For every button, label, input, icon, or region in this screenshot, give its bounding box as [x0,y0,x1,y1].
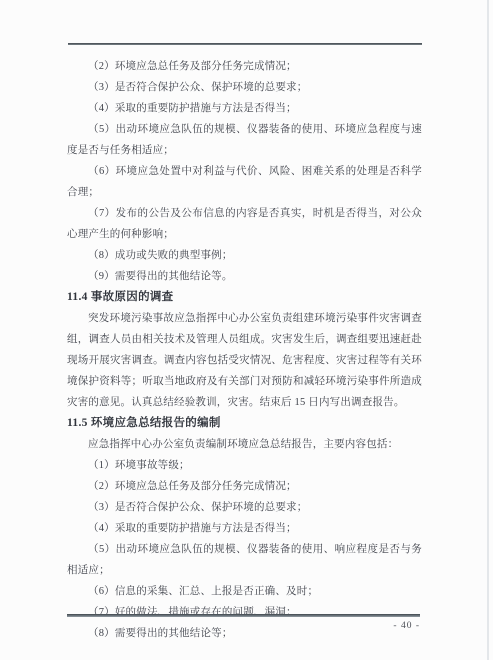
page-number: - 40 - [67,620,420,632]
list-item: （6）环境应急处置中对利益与代价、风险、困难关系的处理是否科学合理； [67,161,422,203]
list-item: （2）环境应急总任务及部分任务完成情况； [67,476,422,497]
document-body: （2）环境应急总任务及部分任务完成情况； （3）是否符合保护公众、保护环境的总要… [67,56,422,644]
list-item: （6）信息的采集、汇总、上报是否正确、及时； [67,581,422,602]
section-11-4-paragraph: 突发环境污染事故应急指挥中心办公室负责组建环境污染事件灾害调查组，调查人员由相关… [67,308,422,413]
list-item: （3）是否符合保护公众、保护环境的总要求； [67,497,422,518]
list-item: （3）是否符合保护公众、保护环境的总要求； [67,77,422,98]
header-rule [68,43,422,45]
footer-rule [67,614,420,617]
list-item: （4）采取的重要防护措施与方法是否得当； [67,518,422,539]
list-item: （7）发布的公告及公布信息的内容是否真实，时机是否得当，对公众心理产生的何种影响… [67,203,422,245]
scanned-document-page: { "document": { "list_top": { "items": [… [0,0,493,660]
list-item: （4）采取的重要防护措施与方法是否得当； [67,98,422,119]
section-heading-11-4: 11.4 事故原因的调查 [67,287,422,308]
top-list: （2）环境应急总任务及部分任务完成情况； （3）是否符合保护公众、保护环境的总要… [67,56,422,287]
section-heading-11-5: 11.5 环境应急总结报告的编制 [67,413,422,434]
list-item: （2）环境应急总任务及部分任务完成情况； [67,56,422,77]
list-item: （8）成功或失败的典型事例； [67,245,422,266]
list-item: （5）出动环境应急队伍的规模、仪器装备的使用、环境应急程度与速度是否与任务相适应… [67,119,422,161]
list-item: （9）需要得出的其他结论等。 [67,266,422,287]
list-item: （1）环境事故等级； [67,455,422,476]
list-item: （5）出动环境应急队伍的规模、仪器装备的使用、响应程度是否与务相适应； [67,539,422,581]
section-11-5-intro: 应急指挥中心办公室负责编制环境应急总结报告，主要内容包括： [67,434,422,455]
scan-page-edge-line [487,0,489,660]
